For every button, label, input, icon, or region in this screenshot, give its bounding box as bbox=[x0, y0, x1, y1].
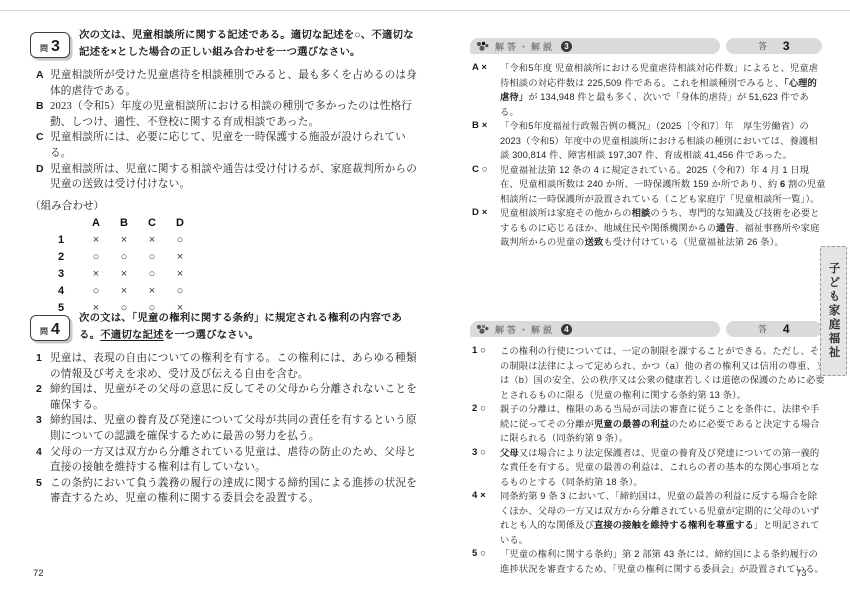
answer-marker: C ○ bbox=[472, 163, 499, 178]
question-item: A児童相談所が受けた児童虐待を相談種別でみると、最も多くを占めるのは身体的虐待で… bbox=[30, 68, 422, 99]
answer-header-title: 解答・解説 bbox=[495, 323, 555, 336]
item-marker: 3 bbox=[36, 413, 42, 429]
question-item: D児童相談所は、児童に関する相談や通告は受け付けるが、家庭裁判所からの児童の送致… bbox=[30, 162, 422, 193]
text-segment: 児童福祉法第 12 条の 4 に規定されている。2025（令和7）年 4 月 1… bbox=[500, 165, 809, 190]
answer-badge-label: 答 bbox=[758, 323, 767, 335]
question-4-badge: 問 4 bbox=[30, 315, 70, 341]
answer-3-block: 解答・解説 3 答 3 A ×「令和5年度 児童相談所における児童虐待相談対応件… bbox=[470, 38, 826, 250]
answer-item: 4 ×同条約第 9 条 3 において、「締約国は、児童の最善の利益に反する場合を… bbox=[470, 489, 826, 547]
text-segment: 又は場合により法定保護者は、児童の養育及び発達についての第一義的な責任を有する。… bbox=[500, 448, 820, 487]
text-segment: 児童相談所は家庭その他からの bbox=[500, 208, 632, 218]
answer-item: 3 ○父母又は場合により法定保護者は、児童の養育及び発達についての第一義的な責任… bbox=[470, 446, 826, 490]
answer-item: 1 ○この権利の行使については、一定の制限を課することができる。ただし、その制限… bbox=[470, 344, 826, 402]
item-text: 締約国は、児童の養育及び発達について父母が共同の責任を有するという原則についての… bbox=[50, 415, 417, 442]
combination-table: ABCD1×××○2○○○×3××○×4○××○5×○○× bbox=[58, 215, 422, 317]
text-segment: が 134,948 件と最も多く、次いで「身体的虐待」が 51,623 件である… bbox=[500, 92, 809, 117]
answer-4-header-row: 解答・解説 4 答 4 bbox=[470, 321, 826, 337]
mark-cell: ○ bbox=[138, 268, 166, 280]
question-item: 5この条約において負う義務の履行の達成に関する締約国による進捗の状況を審査するた… bbox=[30, 476, 422, 507]
item-text: この条約において負う義務の履行の達成に関する締約国による進捗の状況を審査するため… bbox=[50, 478, 417, 505]
question-item: 3締約国は、児童の養育及び発達について父母が共同の責任を有するという原則について… bbox=[30, 413, 422, 444]
mark-cell: ○ bbox=[166, 285, 194, 297]
answer-4-items: 1 ○この権利の行使については、一定の制限を課することができる。ただし、その制限… bbox=[470, 344, 826, 576]
question-4-block: 問 4 次の文は、「児童の権利に関する条約」に規定される権利の内容である。不適切… bbox=[30, 311, 422, 507]
answer-item: A ×「令和5年度 児童相談所における児童虐待相談対応件数」によると、児童虐待相… bbox=[470, 61, 826, 119]
mark-cell: × bbox=[110, 234, 138, 246]
item-text: 締約国は、児童がその父母の意思に反してその父母から分離されないことを確保する。 bbox=[50, 384, 417, 411]
answer-3-badge: 答 3 bbox=[726, 38, 822, 54]
mark-cell: ○ bbox=[166, 234, 194, 246]
answer-4-header: 解答・解説 4 bbox=[470, 321, 720, 337]
item-marker: 5 bbox=[36, 476, 42, 492]
answer-item: B ×「令和5年度福祉行政報告例の概況」（2025〔令和7〕年 厚生労働省）の … bbox=[470, 119, 826, 163]
answer-4-block: 解答・解説 4 答 4 1 ○この権利の行使については、一定の制限を課することが… bbox=[470, 321, 826, 576]
option-number: 1 bbox=[58, 234, 82, 246]
mark-cell: × bbox=[138, 234, 166, 246]
question-badge-number: 3 bbox=[51, 39, 60, 55]
answer-marker: 2 ○ bbox=[472, 402, 499, 417]
table-header-row: ABCD bbox=[58, 215, 422, 232]
page-number-right: 73 bbox=[796, 568, 807, 579]
answer-marker: 5 ○ bbox=[472, 547, 499, 562]
answer-header-number: 4 bbox=[561, 324, 572, 335]
answer-item: D ×児童相談所は家庭その他からの相談のうち、専門的な知識及び技術を必要とするも… bbox=[470, 206, 826, 250]
answer-marker: 1 ○ bbox=[472, 344, 499, 359]
text-segment: 不適切な記述 bbox=[100, 330, 164, 341]
mark-cell: × bbox=[110, 285, 138, 297]
right-page: 解答・解説 3 答 3 A ×「令和5年度 児童相談所における児童虐待相談対応件… bbox=[470, 38, 826, 578]
table-row: 2○○○× bbox=[58, 249, 422, 266]
mark-cell: × bbox=[166, 268, 194, 280]
question-item: B2023（令和5）年度の児童相談所における相談の種別で多かったのは性格行動、し… bbox=[30, 99, 422, 130]
question-item: 4父母の一方又は双方から分離されている児童は、虐待の防止のため、父母と直接の接触… bbox=[30, 445, 422, 476]
table-column-header: B bbox=[110, 217, 138, 229]
text-segment: 送致 bbox=[585, 237, 604, 247]
text-segment: 父母 bbox=[500, 448, 519, 458]
item-text: 児童相談所は、児童に関する相談や通告は受け付けるが、家庭裁判所からの児童の送致は… bbox=[50, 164, 417, 191]
paw-icon bbox=[476, 324, 489, 335]
answer-3-header-row: 解答・解説 3 答 3 bbox=[470, 38, 826, 54]
question-3-header: 問 3 次の文は、児童相談所に関する記述である。適切な記述を○、不適切な記述を×… bbox=[30, 28, 422, 61]
question-3-badge: 問 3 bbox=[30, 32, 70, 58]
text-segment: 相談 bbox=[632, 208, 651, 218]
mark-cell: ○ bbox=[82, 251, 110, 263]
question-4-items: 1児童は、表現の自由についての権利を有する。この権利には、あらゆる種類の情報及び… bbox=[30, 351, 422, 507]
item-marker: C bbox=[36, 130, 44, 146]
question-3-items: A児童相談所が受けた児童虐待を相談種別でみると、最も多くを占めるのは身体的虐待で… bbox=[30, 68, 422, 193]
table-column-header: D bbox=[166, 217, 194, 229]
answer-badge-label: 答 bbox=[758, 40, 767, 52]
text-segment: 直接の接触を維持する権利を尊重する bbox=[594, 520, 754, 530]
question-4-header: 問 4 次の文は、「児童の権利に関する条約」に規定される権利の内容である。不適切… bbox=[30, 311, 422, 344]
item-marker: B bbox=[36, 99, 44, 115]
mark-cell: × bbox=[82, 234, 110, 246]
text-segment: 「令和5年度福祉行政報告例の概況」（2025〔令和7〕年 厚生労働省）の 202… bbox=[500, 121, 818, 160]
text-segment: も受け付けている（児童福祉法第 26 条）。 bbox=[603, 237, 783, 247]
question-item: 1児童は、表現の自由についての権利を有する。この権利には、あらゆる種類の情報及び… bbox=[30, 351, 422, 382]
answer-3-items: A ×「令和5年度 児童相談所における児童虐待相談対応件数」によると、児童虐待相… bbox=[470, 61, 826, 250]
question-badge-kanji: 問 bbox=[40, 45, 48, 55]
item-text: 児童相談所には、必要に応じて、児童を一時保護する施設が設けられている。 bbox=[50, 132, 406, 159]
chapter-side-tab: 子ども家庭福祉 bbox=[820, 246, 847, 376]
question-3-text: 次の文は、児童相談所に関する記述である。適切な記述を○、不適切な記述を×とした場… bbox=[79, 28, 422, 61]
answer-marker: A × bbox=[472, 61, 499, 76]
text-segment: この権利の行使については、一定の制限を課することができる。ただし、その制限は法律… bbox=[500, 346, 825, 400]
table-column-header: C bbox=[138, 217, 166, 229]
item-marker: 2 bbox=[36, 382, 42, 398]
answer-4-badge: 答 4 bbox=[726, 321, 822, 337]
text-segment: 通告 bbox=[716, 223, 735, 233]
answer-3-header: 解答・解説 3 bbox=[470, 38, 720, 54]
page-edge-rule bbox=[0, 10, 850, 11]
page-number-left: 72 bbox=[33, 568, 44, 579]
mark-cell: × bbox=[110, 268, 138, 280]
answer-marker: D × bbox=[472, 206, 499, 221]
option-number: 3 bbox=[58, 268, 82, 280]
question-badge-number: 4 bbox=[51, 322, 60, 338]
option-number: 2 bbox=[58, 251, 82, 263]
question-4-text: 次の文は、「児童の権利に関する条約」に規定される権利の内容である。不適切な記述を… bbox=[79, 311, 422, 344]
text-segment: 「令和5年度 児童相談所における児童虐待相談対応件数」によると、児童虐待相談の対… bbox=[500, 63, 818, 88]
question-item: 2締約国は、児童がその父母の意思に反してその父母から分離されないことを確保する。 bbox=[30, 382, 422, 413]
item-text: 2023（令和5）年度の児童相談所における相談の種別で多かったのは性格行動、しつ… bbox=[50, 101, 412, 128]
text-segment: 児童の最善の利益 bbox=[594, 419, 669, 429]
answer-header-number: 3 bbox=[561, 41, 572, 52]
item-marker: A bbox=[36, 68, 44, 84]
mark-cell: × bbox=[82, 268, 110, 280]
item-text: 父母の一方又は双方から分離されている児童は、虐待の防止のため、父母と直接の接触を… bbox=[50, 447, 417, 474]
table-column-header: A bbox=[82, 217, 110, 229]
item-marker: 1 bbox=[36, 351, 42, 367]
text-segment: 6 bbox=[777, 179, 788, 189]
mark-cell: ○ bbox=[82, 285, 110, 297]
mark-cell: ○ bbox=[138, 251, 166, 263]
text-segment: 「児童の権利に関する条約」第 2 部第 43 条には、締約国による条約履行の進捗… bbox=[500, 549, 824, 574]
text-segment: を一つ選びなさい。 bbox=[164, 330, 259, 341]
option-number: 4 bbox=[58, 285, 82, 297]
item-marker: 4 bbox=[36, 445, 42, 461]
mark-cell: × bbox=[138, 285, 166, 297]
answer-item: 2 ○親子の分離は、権限のある当局が司法の審査に従うことを条件に、法律や手続に従… bbox=[470, 402, 826, 446]
item-text: 児童相談所が受けた児童虐待を相談種別でみると、最も多くを占めるのは身体的虐待であ… bbox=[50, 70, 417, 97]
question-3-block: 問 3 次の文は、児童相談所に関する記述である。適切な記述を○、不適切な記述を×… bbox=[30, 28, 422, 317]
paw-icon bbox=[476, 41, 489, 52]
answer-marker: B × bbox=[472, 119, 499, 134]
table-row: 4○××○ bbox=[58, 283, 422, 300]
mark-cell: × bbox=[166, 251, 194, 263]
answer-badge-number: 4 bbox=[783, 322, 790, 336]
answer-item: 5 ○「児童の権利に関する条約」第 2 部第 43 条には、締約国による条約履行… bbox=[470, 547, 826, 576]
mark-cell: ○ bbox=[110, 251, 138, 263]
answer-item: C ○児童福祉法第 12 条の 4 に規定されている。2025（令和7）年 4 … bbox=[470, 163, 826, 207]
combination-label: （組み合わせ） bbox=[30, 198, 422, 213]
table-row: 3××○× bbox=[58, 266, 422, 283]
answer-marker: 3 ○ bbox=[472, 446, 499, 461]
item-text: 児童は、表現の自由についての権利を有する。この権利には、あらゆる種類の情報及び考… bbox=[50, 353, 417, 380]
question-badge-kanji: 問 bbox=[40, 328, 48, 338]
answer-header-title: 解答・解説 bbox=[495, 40, 555, 53]
table-row: 1×××○ bbox=[58, 232, 422, 249]
answer-marker: 4 × bbox=[472, 489, 499, 504]
answer-badge-number: 3 bbox=[783, 39, 790, 53]
question-item: C児童相談所には、必要に応じて、児童を一時保護する施設が設けられている。 bbox=[30, 130, 422, 161]
item-marker: D bbox=[36, 162, 44, 178]
left-page: 問 3 次の文は、児童相談所に関する記述である。適切な記述を○、不適切な記述を×… bbox=[30, 28, 422, 588]
